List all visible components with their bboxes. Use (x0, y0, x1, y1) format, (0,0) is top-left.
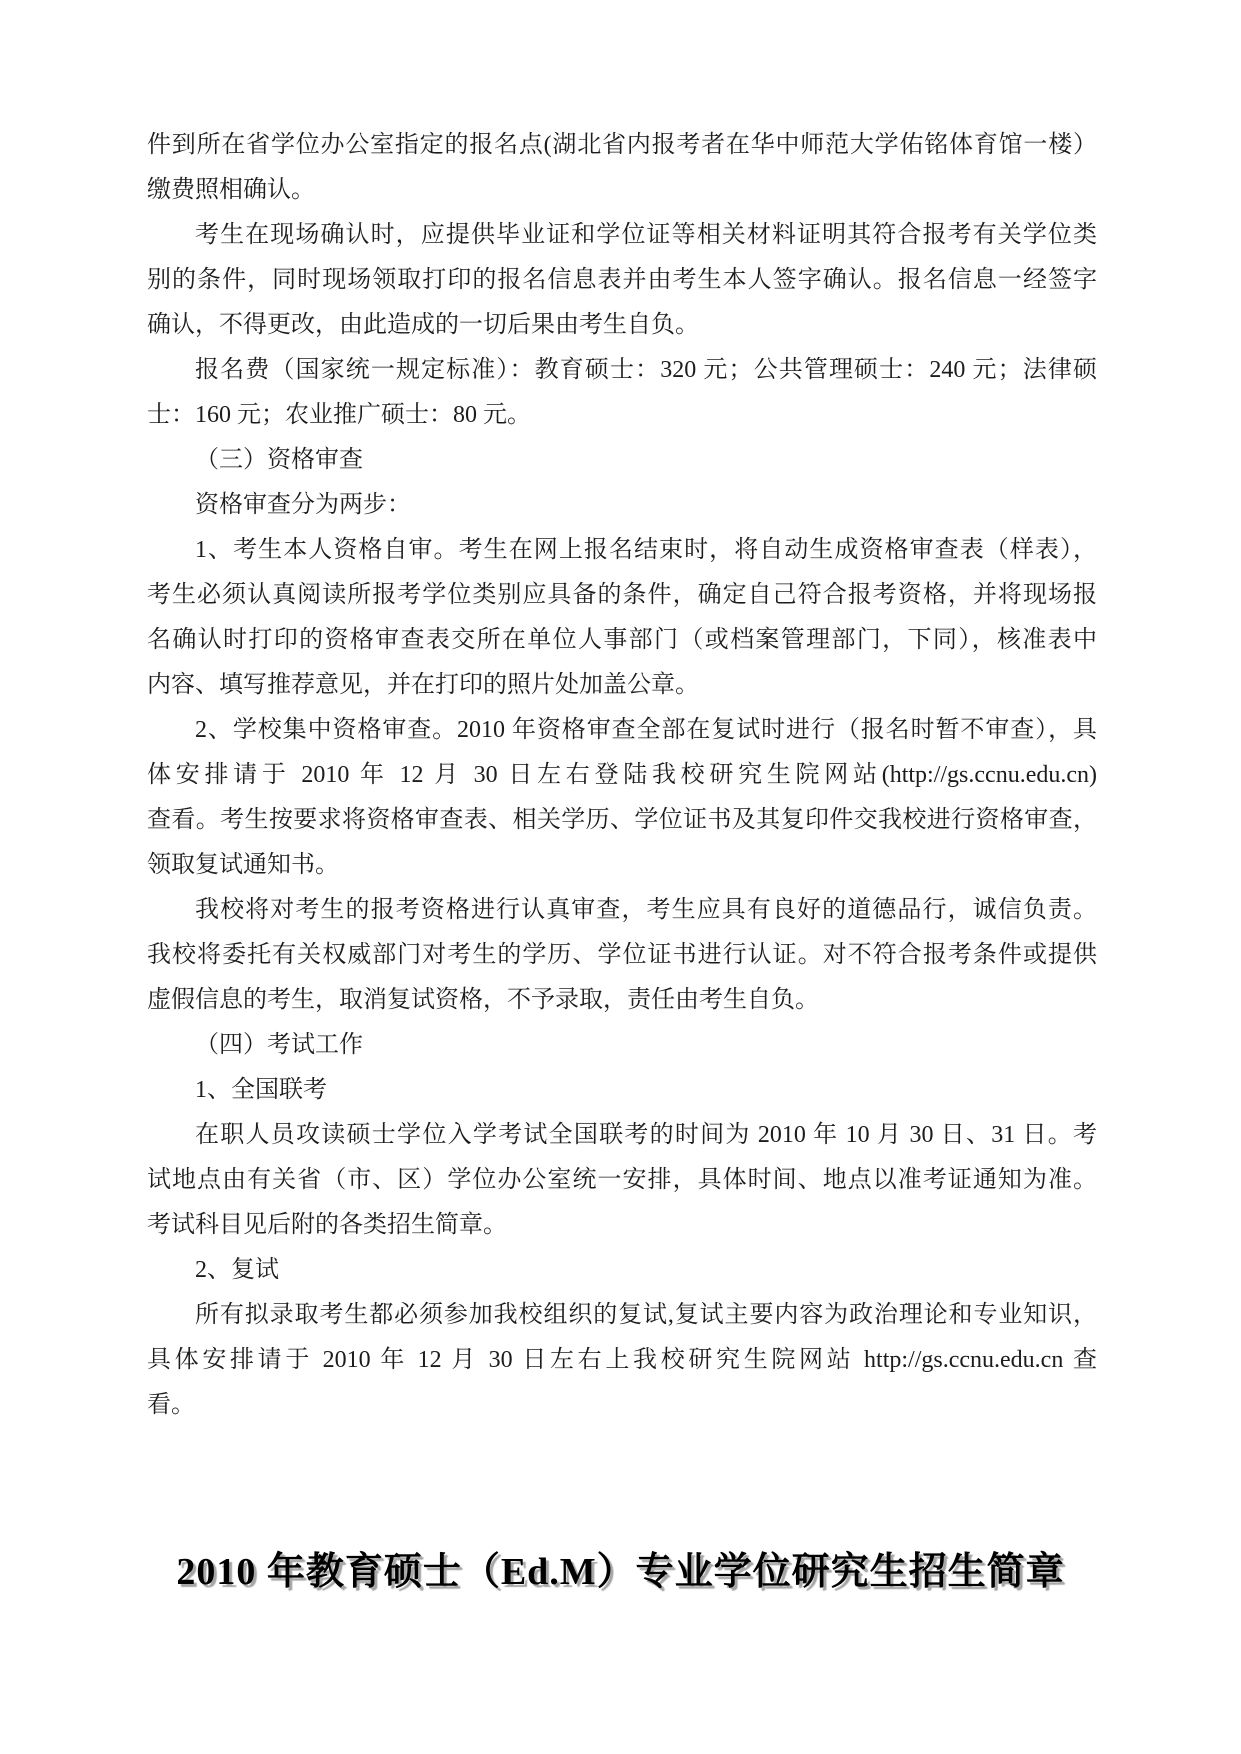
text-line: （四）考试工作 (147, 1023, 1097, 1068)
text-line: 在职人员攻读硕士学位入学考试全国联考的时间为 2010 年 10 月 30 日、… (147, 1113, 1097, 1158)
text-line: 领取复试通知书。 (147, 843, 1097, 888)
text-line: 考生必须认真阅读所报考学位类别应具备的条件，确定自己符合报考资格，并将现场报 (147, 573, 1097, 618)
text-line: 1、全国联考 (147, 1068, 1097, 1113)
text-line: 试地点由有关省（市、区）学位办公室统一安排，具体时间、地点以准考证通知为准。 (147, 1158, 1097, 1203)
text-line: 1、考生本人资格自审。考生在网上报名结束时，将自动生成资格审查表（样表）， (147, 528, 1097, 573)
text-line: 别的条件，同时现场领取打印的报名信息表并由考生本人签字确认。报名信息一经签字 (147, 258, 1097, 303)
text-line: 2、复试 (147, 1248, 1097, 1293)
text-line: 具体安排请于 2010 年 12 月 30 日左右上我校研究生院网站 http:… (147, 1338, 1097, 1383)
text-line: 体安排请于 2010 年 12 月 30 日左右登陆我校研究生院网站(http:… (147, 753, 1097, 798)
text-line: 件到所在省学位办公室指定的报名点(湖北省内报考者在华中师范大学佑铭体育馆一楼） (147, 123, 1097, 168)
body-text: 件到所在省学位办公室指定的报名点(湖北省内报考者在华中师范大学佑铭体育馆一楼）缴… (147, 123, 1097, 1428)
text-line: 确认，不得更改，由此造成的一切后果由考生自负。 (147, 303, 1097, 348)
text-line: 名确认时打印的资格审查表交所在单位人事部门（或档案管理部门，下同），核准表中 (147, 618, 1097, 663)
document-page: 件到所在省学位办公室指定的报名点(湖北省内报考者在华中师范大学佑铭体育馆一楼）缴… (0, 0, 1241, 1754)
text-line: 我校将委托有关权威部门对考生的学历、学位证书进行认证。对不符合报考条件或提供 (147, 933, 1097, 978)
text-line: 士：160 元；农业推广硕士：80 元。 (147, 393, 1097, 438)
text-line: 所有拟录取考生都必须参加我校组织的复试,复试主要内容为政治理论和专业知识， (147, 1293, 1097, 1338)
text-line: 查看。考生按要求将资格审查表、相关学历、学位证书及其复印件交我校进行资格审查， (147, 798, 1097, 843)
text-line: 考试科目见后附的各类招生简章。 (147, 1203, 1097, 1248)
section-title: 2010 年教育硕士（Ed.M）专业学位研究生招生简章 (0, 1548, 1241, 1596)
text-line: 缴费照相确认。 (147, 168, 1097, 213)
text-line: 报名费（国家统一规定标准）：教育硕士：320 元；公共管理硕士：240 元；法律… (147, 348, 1097, 393)
text-line: （三）资格审查 (147, 438, 1097, 483)
text-line: 内容、填写推荐意见，并在打印的照片处加盖公章。 (147, 663, 1097, 708)
text-line: 资格审查分为两步： (147, 483, 1097, 528)
text-line: 我校将对考生的报考资格进行认真审查，考生应具有良好的道德品行，诚信负责。 (147, 888, 1097, 933)
text-line: 虚假信息的考生，取消复试资格，不予录取，责任由考生自负。 (147, 978, 1097, 1023)
text-line: 2、学校集中资格审查。2010 年资格审查全部在复试时进行（报名时暂不审查），具 (147, 708, 1097, 753)
text-line: 考生在现场确认时，应提供毕业证和学位证等相关材料证明其符合报考有关学位类 (147, 213, 1097, 258)
text-line: 看。 (147, 1383, 1097, 1428)
